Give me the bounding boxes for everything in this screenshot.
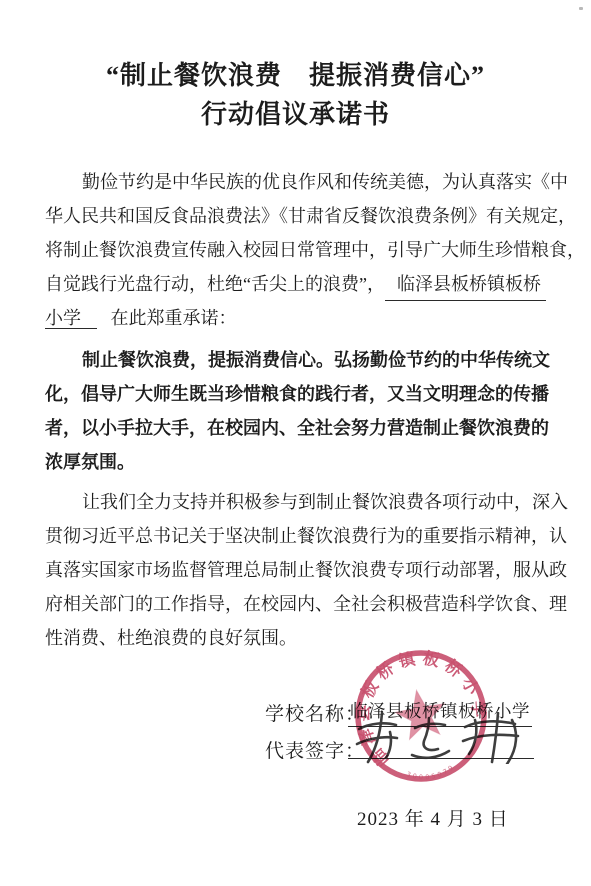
- text-line: 华人民共和国反食品浪费法》《甘肃省反餐饮浪费条例》有关规定，: [45, 199, 546, 233]
- school-name-blank-continued: 小学: [45, 308, 97, 329]
- paragraph-2-bold: 制止餐饮浪费，提振消费信心。弘扬勤俭节约的中华传统文 化，倡导广大师生既当珍惜粮…: [45, 343, 546, 479]
- text-line: 浓厚氛围。: [45, 445, 546, 479]
- official-seal: 临泽县板桥镇板桥小学 30005079: [336, 631, 505, 800]
- text-line: 将制止餐饮浪费宣传融入校园日常管理中，引导广大师生珍惜粮食，: [45, 233, 546, 267]
- school-name-blank: 临泽县板桥镇板桥: [385, 267, 546, 301]
- seal-code: 30005079: [404, 762, 458, 786]
- text-line: 自觉践行光盘行动，杜绝“舌尖上的浪费”， 临泽县板桥镇板桥: [45, 267, 546, 301]
- document-body: 勤俭节约是中华民族的优良作风和传统美德，为认真落实《中 华人民共和国反食品浪费法…: [45, 165, 546, 655]
- date: 2023 年 4 月 3 日: [357, 804, 509, 831]
- title-line-2: 行动倡议承诺书: [0, 95, 591, 134]
- document-title: “制止餐饮浪费 提振消费信心” 行动倡议承诺书: [0, 56, 591, 134]
- paragraph-1: 勤俭节约是中华民族的优良作风和传统美德，为认真落实《中 华人民共和国反食品浪费法…: [45, 165, 546, 335]
- svg-text:30005079: 30005079: [404, 762, 458, 786]
- title-line-1: “制止餐饮浪费 提振消费信心”: [0, 56, 591, 95]
- scan-speck: [579, 7, 583, 10]
- seal-star-icon: [392, 686, 449, 741]
- text-line: 贯彻习近平总书记关于坚决制止餐饮浪费行为的重要指示精神，认: [45, 519, 546, 553]
- text-line: 化，倡导广大师生既当珍惜粮食的践行者，又当文明理念的传播: [45, 377, 546, 411]
- text-line: 者，以小手拉大手，在校园内、全社会努力营造制止餐饮浪费的: [45, 411, 546, 445]
- text-line: 真落实国家市场监督管理总局制止餐饮浪费专项行动部署，服从政: [45, 553, 546, 587]
- text-line: 制止餐饮浪费，提振消费信心。弘扬勤俭节约的中华传统文: [45, 343, 546, 377]
- line-text: 自觉践行光盘行动，杜绝“舌尖上的浪费”，: [45, 267, 385, 301]
- text-line: 让我们全力支持并积极参与到制止餐饮浪费各项行动中，深入: [45, 485, 546, 519]
- line-text: 在此郑重承诺：: [111, 308, 237, 328]
- paragraph-3: 让我们全力支持并积极参与到制止餐饮浪费各项行动中，深入 贯彻习近平总书记关于坚决…: [45, 485, 546, 655]
- text-line: 府相关部门的工作指导，在校园内、全社会积极营造科学饮食、理: [45, 587, 546, 621]
- text-line: 勤俭节约是中华民族的优良作风和传统美德，为认真落实《中: [45, 165, 546, 199]
- commitment-letter-page: “制止餐饮浪费 提振消费信心” 行动倡议承诺书 勤俭节约是中华民族的优良作风和传…: [0, 0, 591, 886]
- text-line: 小学 在此郑重承诺：: [45, 301, 546, 335]
